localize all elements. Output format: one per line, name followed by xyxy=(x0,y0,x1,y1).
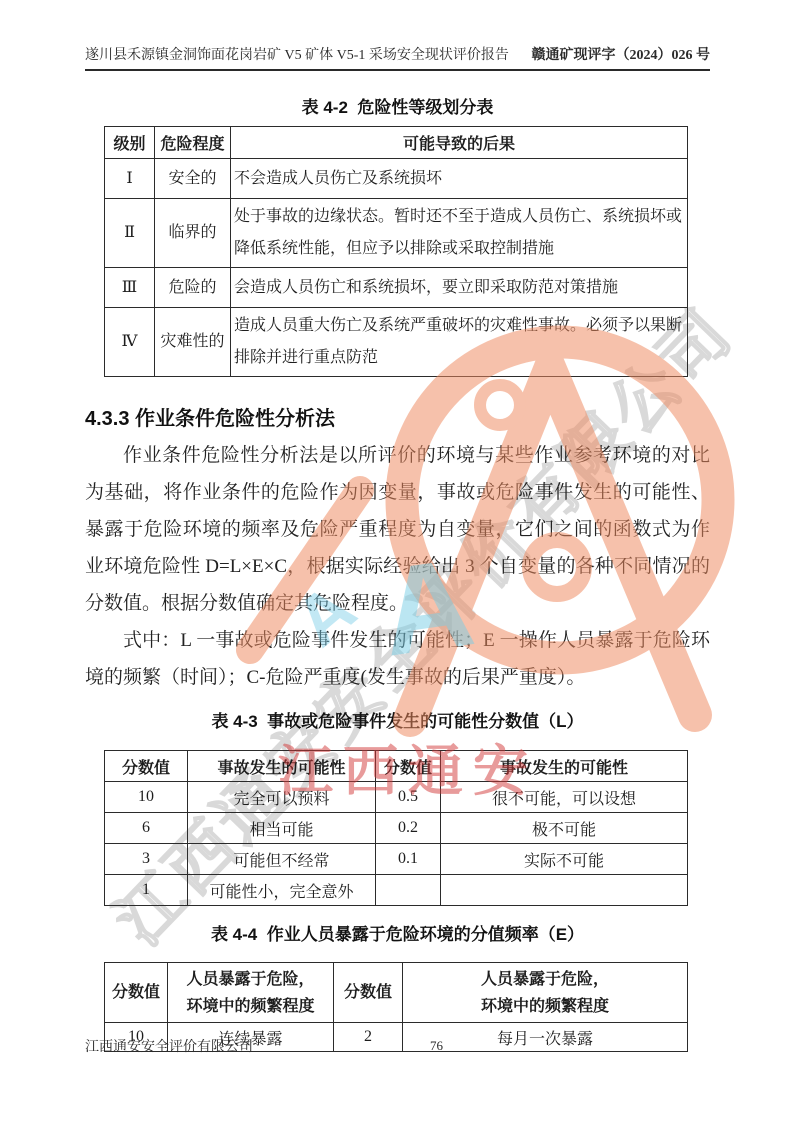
header-row: 级别危险程度可能导致的后果 xyxy=(105,127,688,159)
table-row: 1可能性小，完全意外 xyxy=(105,875,688,906)
column-header: 事故发生的可能性 xyxy=(188,751,376,782)
table-cell: 临界的 xyxy=(155,199,231,268)
table-cell: 0.1 xyxy=(376,844,441,875)
table-4-2-head: 级别危险程度可能导致的后果 xyxy=(105,127,688,159)
table-cell: Ⅳ xyxy=(105,308,155,377)
table-cell: Ⅱ xyxy=(105,199,155,268)
table-4-3: 分数值事故发生的可能性分数值事故发生的可能性 10完全可以预料0.5很不可能，可… xyxy=(104,750,688,906)
table-cell xyxy=(376,875,441,906)
column-header: 分数值 xyxy=(376,751,441,782)
table-4-2: 级别危险程度可能导致的后果 Ⅰ安全的不会造成人员伤亡及系统损坏Ⅱ临界的处于事故的… xyxy=(104,126,688,377)
page-number: 76 xyxy=(430,1038,443,1054)
column-header: 级别 xyxy=(105,127,155,159)
table-cell: 极不可能 xyxy=(441,813,688,844)
footer-company-name: 江西通安安全评价有限公司 xyxy=(85,1040,253,1055)
table-row: 3可能但不经常0.1实际不可能 xyxy=(105,844,688,875)
page-footer: 江西通安安全评价有限公司 76 xyxy=(85,1036,710,1056)
column-header: 可能导致的后果 xyxy=(231,127,688,159)
column-header: 分数值 xyxy=(105,751,188,782)
table-4-2-body: Ⅰ安全的不会造成人员伤亡及系统损坏Ⅱ临界的处于事故的边缘状态。暂时还不至于造成人… xyxy=(105,159,688,377)
table-cell: 灾难性的 xyxy=(155,308,231,377)
table-cell: 可能但不经常 xyxy=(188,844,376,875)
table-4-3-body: 10完全可以预料0.5很不可能，可以设想6相当可能0.2极不可能3可能但不经常0… xyxy=(105,782,688,906)
table-cell: 0.2 xyxy=(376,813,441,844)
table-cell: 相当可能 xyxy=(188,813,376,844)
column-header: 危险程度 xyxy=(155,127,231,159)
page-header: 遂川县禾源镇金洞饰面花岗岩矿 V5 矿体 V5-1 采场安全现状评价报告 赣通矿… xyxy=(85,44,710,71)
column-header: 人员暴露于危险， 环境中的频繁程度 xyxy=(168,963,334,1023)
table-4-3-head: 分数值事故发生的可能性分数值事故发生的可能性 xyxy=(105,751,688,782)
table-cell: 3 xyxy=(105,844,188,875)
table-row: Ⅳ灾难性的造成人员重大伤亡及系统严重破坏的灾难性事故。必须予以果断排除并进行重点… xyxy=(105,308,688,377)
table-cell: 会造成人员伤亡和系统损坏，要立即采取防范对策措施 xyxy=(231,268,688,308)
column-header: 事故发生的可能性 xyxy=(441,751,688,782)
table-cell: 造成人员重大伤亡及系统严重破坏的灾难性事故。必须予以果断排除并进行重点防范 xyxy=(231,308,688,377)
paragraph-2: 式中：L 一事故或危险事件发生的可能性；E 一操作人员暴露于危险环境的频繁（时间… xyxy=(85,622,710,696)
table-cell: 完全可以预料 xyxy=(188,782,376,813)
column-header: 人员暴露于危险， 环境中的频繁程度 xyxy=(403,963,688,1023)
table-cell: 10 xyxy=(105,782,188,813)
table-row: Ⅲ危险的会造成人员伤亡和系统损坏，要立即采取防范对策措施 xyxy=(105,268,688,308)
table-cell: 安全的 xyxy=(155,159,231,199)
table-cell: 1 xyxy=(105,875,188,906)
table-cell: Ⅲ xyxy=(105,268,155,308)
header-document-number: 赣通矿现评字（2024）026 号 xyxy=(532,44,711,64)
document-page: 江西通安安全评价有限公司 遂川县禾源镇金洞饰面花岗岩矿 V5 矿体 V5-1 采… xyxy=(0,0,793,1122)
header-row: 分数值人员暴露于危险， 环境中的频繁程度分数值人员暴露于危险， 环境中的频繁程度 xyxy=(105,963,688,1023)
table-cell: 可能性小，完全意外 xyxy=(188,875,376,906)
section-heading: 4.3.3 作业条件危险性分析法 xyxy=(85,402,793,431)
table-4-4-caption: 表 4-4 作业人员暴露于危险环境的分值频率（E） xyxy=(85,906,710,954)
header-row: 分数值事故发生的可能性分数值事故发生的可能性 xyxy=(105,751,688,782)
table-row: 6相当可能0.2极不可能 xyxy=(105,813,688,844)
paragraph-1: 作业条件危险性分析法是以所评价的环境与某些作业参考环境的对比为基础，将作业条件的… xyxy=(85,437,710,622)
table-cell: 很不可能，可以设想 xyxy=(441,782,688,813)
table-row: Ⅱ临界的处于事故的边缘状态。暂时还不至于造成人员伤亡、系统损坏或降低系统性能，但… xyxy=(105,199,688,268)
table-row: Ⅰ安全的不会造成人员伤亡及系统损坏 xyxy=(105,159,688,199)
table-cell xyxy=(441,875,688,906)
table-cell: Ⅰ xyxy=(105,159,155,199)
table-cell: 危险的 xyxy=(155,268,231,308)
header-report-title: 遂川县禾源镇金洞饰面花岗岩矿 V5 矿体 V5-1 采场安全现状评价报告 xyxy=(85,44,509,64)
table-cell: 不会造成人员伤亡及系统损坏 xyxy=(231,159,688,199)
table-cell: 6 xyxy=(105,813,188,844)
table-4-3-caption: 表 4-3 事故或危险事件发生的可能性分数值（L） xyxy=(85,696,710,742)
table-4-4-head: 分数值人员暴露于危险， 环境中的频繁程度分数值人员暴露于危险， 环境中的频繁程度 xyxy=(105,963,688,1023)
column-header: 分数值 xyxy=(334,963,403,1023)
table-cell: 实际不可能 xyxy=(441,844,688,875)
table-cell: 处于事故的边缘状态。暂时还不至于造成人员伤亡、系统损坏或降低系统性能，但应予以排… xyxy=(231,199,688,268)
column-header: 分数值 xyxy=(105,963,168,1023)
table-row: 10完全可以预料0.5很不可能，可以设想 xyxy=(105,782,688,813)
table-cell: 0.5 xyxy=(376,782,441,813)
